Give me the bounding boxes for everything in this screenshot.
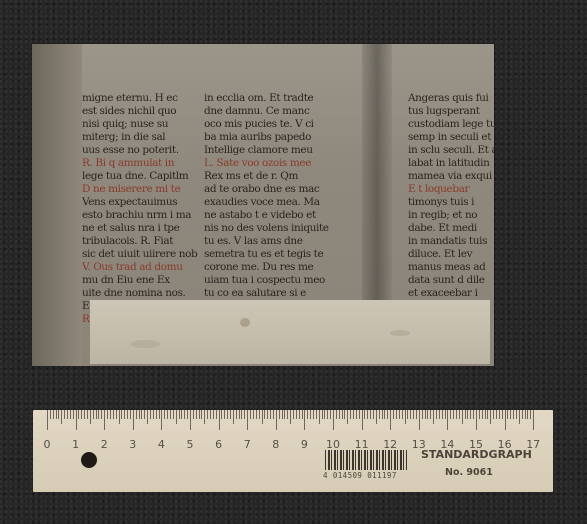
manuscript-line: miterg; in die sal	[82, 131, 207, 144]
ruler-number: 3	[129, 438, 136, 451]
manuscript-line: semetra tu es et tegis te	[204, 248, 344, 261]
ruler-number: 9	[301, 438, 308, 451]
manuscript-line: oco mis pucies te. V ci	[204, 118, 344, 131]
manuscript-line: migne eternu. H ec	[82, 92, 207, 105]
manuscript-line: ne astabo t e videbo et	[204, 209, 344, 222]
manuscript-line: ba mia auribs papedo	[204, 131, 344, 144]
manuscript-line: in ecclia om. Et tradte	[204, 92, 344, 105]
manuscript-line: data sunt d dile	[408, 274, 494, 287]
manuscript-line: timonys tuis i	[408, 196, 494, 209]
manuscript-line: Vens expectauimus	[82, 196, 207, 209]
ruler-number: 2	[101, 438, 108, 451]
parchment-left-edge	[32, 44, 82, 366]
manuscript-line: exaudies voce mea. Ma	[204, 196, 344, 209]
text-column-1: migne eternu. H ecest sides nichil quoni…	[82, 92, 207, 326]
manuscript-line: lege tua dne. Capitlm	[82, 170, 207, 183]
manuscript-line: E t loquebar	[408, 183, 494, 196]
manuscript-line: sic det uiuit uiirere nob	[82, 248, 207, 261]
manuscript-line: D ne miserere mi te	[82, 183, 207, 196]
manuscript-line: dabe. Et medi	[408, 222, 494, 235]
text-column-3: Angeras quis fuitus lugsperantcustodiam …	[408, 92, 494, 313]
manuscript-line: in regib; et no	[408, 209, 494, 222]
manuscript-line: mu dn Eiu ene Ex	[82, 274, 207, 287]
manuscript-line: manus meas ad	[408, 261, 494, 274]
manuscript-line: est sides nichil quo	[82, 105, 207, 118]
manuscript-line: in mandatis tuis	[408, 235, 494, 248]
manuscript-line: diluce. Et lev	[408, 248, 494, 261]
manuscript-fragment: migne eternu. H ecest sides nichil quoni…	[32, 44, 494, 366]
manuscript-line: mamea via exqui	[408, 170, 494, 183]
ruler-brand: STANDARDGRAPH	[421, 448, 532, 461]
manuscript-line: uus esse no poterit.	[82, 144, 207, 157]
manuscript-line: tus lugsperant	[408, 105, 494, 118]
ruler-number: 0	[44, 438, 51, 451]
manuscript-line: Angeras quis fui	[408, 92, 494, 105]
barcode-number: 4 014509 011197	[323, 471, 397, 480]
ruler-number: 6	[215, 438, 222, 451]
measuring-ruler: 01234567891011121314151617 4 014509 0111…	[33, 410, 553, 492]
manuscript-line: et exaceebar i	[408, 287, 494, 300]
ruler-number: 1	[72, 438, 79, 451]
manuscript-line: tu co ea salutare si e	[204, 287, 344, 300]
ruler-number: 7	[244, 438, 251, 451]
ruler-hole	[81, 452, 97, 468]
manuscript-line: Intellige clamore meu	[204, 144, 344, 157]
ruler-model: No. 9061	[445, 467, 493, 478]
manuscript-line: nisi quiq; nuse su	[82, 118, 207, 131]
ruler-number: 4	[158, 438, 165, 451]
manuscript-line: ad te orabo dne es mac	[204, 183, 344, 196]
manuscript-line: tu es. V las ams dne	[204, 235, 344, 248]
manuscript-line: Rex ms et de r. Qm	[204, 170, 344, 183]
manuscript-line: custodiam lege tu	[408, 118, 494, 131]
manuscript-line: esto brachiu nrm i ma	[82, 209, 207, 222]
manuscript-line: corone me. Du res me	[204, 261, 344, 274]
manuscript-line: tribulacois. R. Fiat	[82, 235, 207, 248]
manuscript-line: in sclu seculi. Et a	[408, 144, 494, 157]
manuscript-line: nis no des volens iniquite	[204, 222, 344, 235]
manuscript-line: semp in seculi et	[408, 131, 494, 144]
manuscript-line: uite dne nomina nos.	[82, 287, 207, 300]
manuscript-line: L. Sate voo ozois mee	[204, 157, 344, 170]
ruler-number: 8	[272, 438, 279, 451]
manuscript-line: uiam tua i cospectu meo	[204, 274, 344, 287]
manuscript-line: ne et salus nra i tpe	[82, 222, 207, 235]
text-column-2: in ecclia om. Et tradtedne damnu. Ce man…	[204, 92, 344, 326]
parchment-fold	[362, 44, 392, 304]
manuscript-line: labat in latitudin	[408, 157, 494, 170]
ruler-number: 5	[187, 438, 194, 451]
barcode	[325, 450, 407, 470]
manuscript-line: R. Bi q ammulat in	[82, 157, 207, 170]
manuscript-line: V. Ous trad ad domu	[82, 261, 207, 274]
parchment-repair-patch	[90, 300, 490, 364]
manuscript-line: dne damnu. Ce manc	[204, 105, 344, 118]
ruler-ticks	[47, 410, 537, 432]
